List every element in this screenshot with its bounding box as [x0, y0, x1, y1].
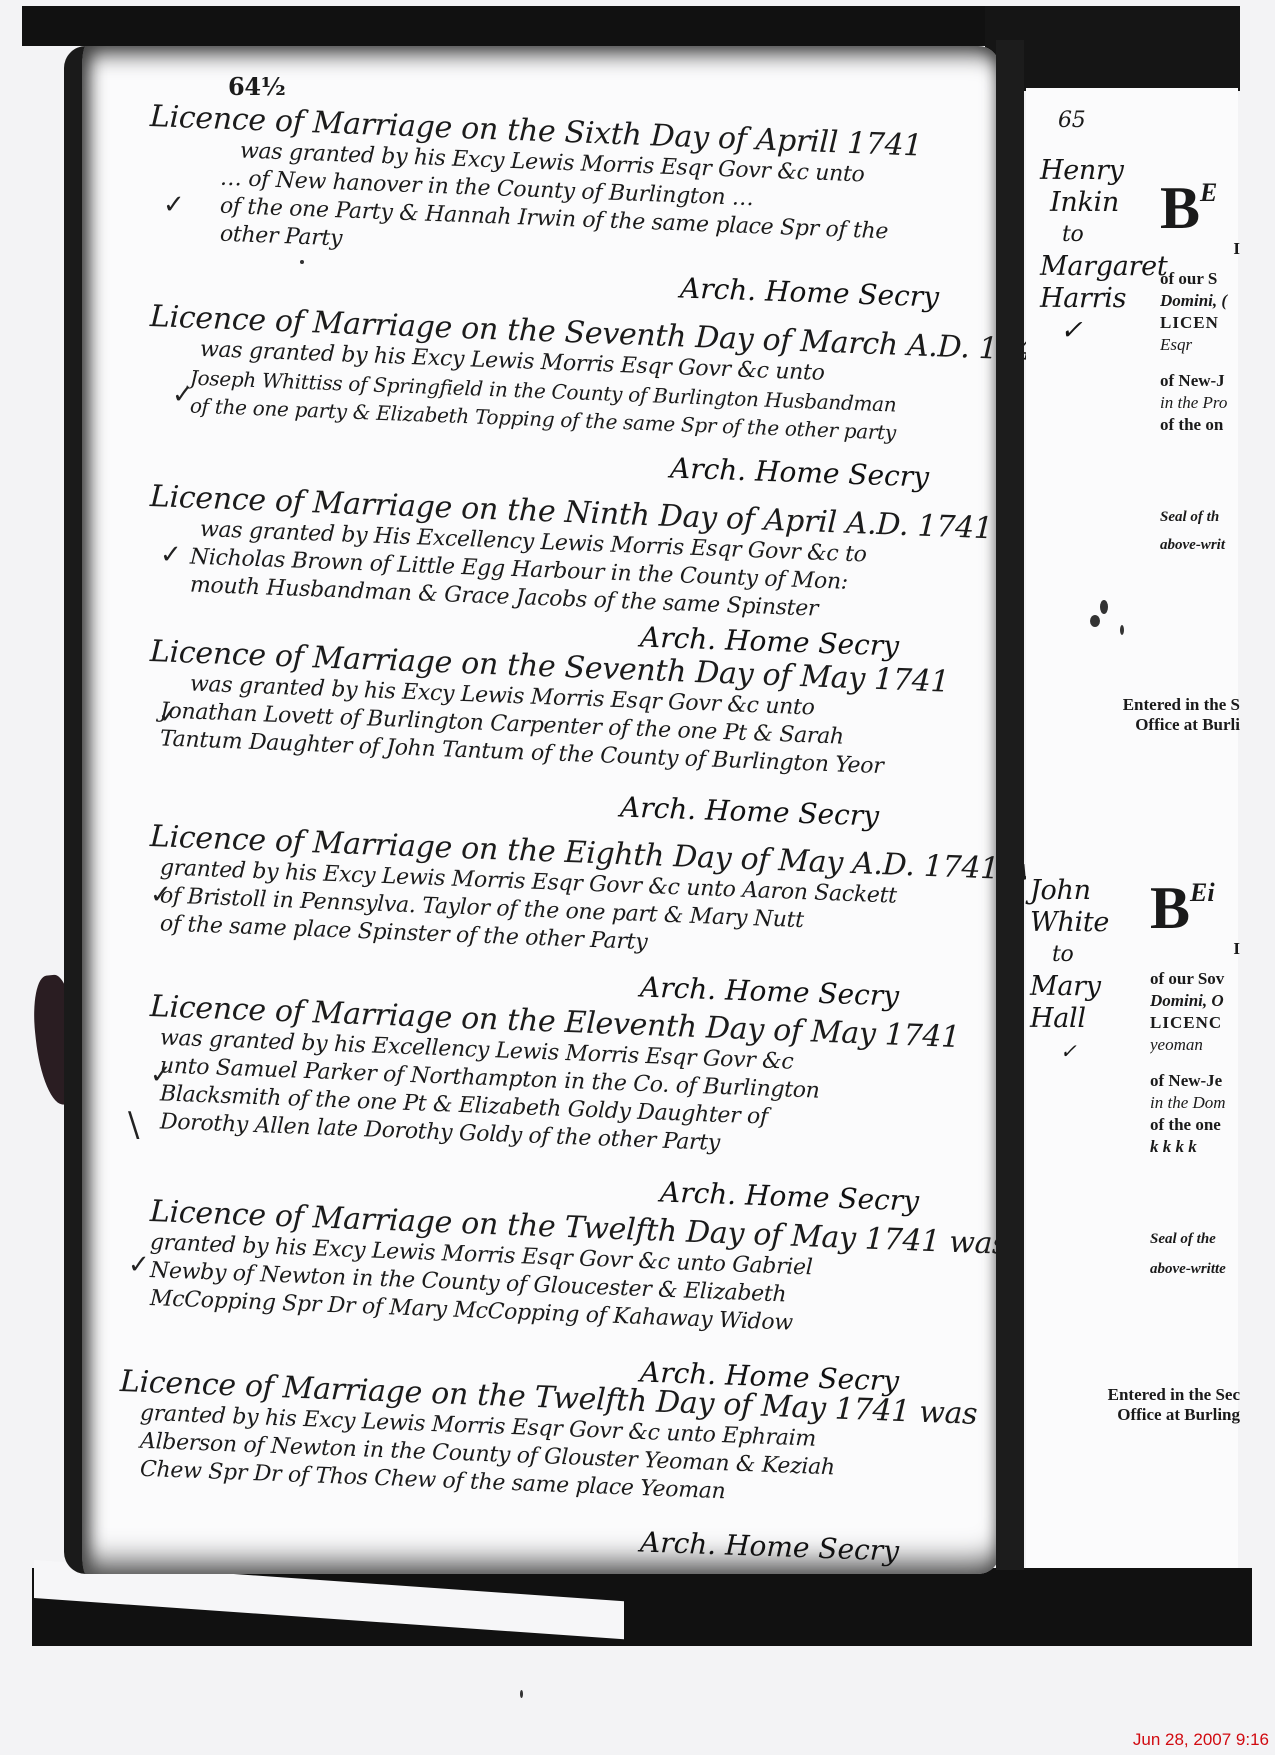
print-line: in the Pro	[1160, 392, 1240, 414]
entered-line: Entered in the S	[1085, 695, 1240, 715]
print-line: Domini, O	[1150, 990, 1240, 1012]
groom-last-name: Inkin	[1040, 187, 1167, 219]
marriage-names: John White to Mary Hall ✓	[1030, 875, 1109, 1067]
camera-timestamp: Jun 28, 2007 9:16	[1133, 1730, 1269, 1750]
bride-first-name: Mary	[1030, 971, 1109, 1003]
book-gutter	[996, 40, 1024, 1570]
drop-cap-sup: E	[1200, 178, 1217, 207]
print-line: in the Dom	[1150, 1092, 1240, 1114]
seal-line: above-writte	[1150, 1258, 1240, 1280]
print-line: LICEN	[1160, 312, 1240, 334]
print-line: of the one	[1150, 1114, 1240, 1136]
print-line: LICENC	[1150, 1012, 1240, 1034]
drop-cap: B	[1150, 878, 1190, 941]
bride-first-name: Margaret	[1040, 251, 1167, 283]
entered-line: Office at Burling	[1075, 1405, 1240, 1425]
print-line: yeoman	[1150, 1034, 1240, 1056]
groom-first-name: Henry	[1040, 155, 1167, 187]
entered-note: Entered in the Sec Office at Burling	[1075, 1385, 1240, 1425]
licence-entry: Licence of Marriage on the Sixth Day of …	[150, 100, 970, 246]
marriage-names: Henry Inkin to Margaret Harris ✓	[1040, 155, 1167, 347]
to-label: to	[1030, 939, 1109, 971]
licence-entry: Licence of Marriage on the Ninth Day of …	[150, 480, 970, 598]
drop-cap-sup: Ei	[1190, 878, 1215, 907]
print-line: Esqr	[1160, 334, 1240, 356]
entered-line: Entered in the Sec	[1075, 1385, 1240, 1405]
printed-licence-form: BE I of our S Domini, ( LICEN Esqr of Ne…	[1160, 178, 1240, 556]
groom-last-name: White	[1030, 907, 1109, 939]
drop-cap: B	[1160, 178, 1200, 241]
page-number-left: 64½	[228, 72, 286, 101]
print-line: I	[1160, 238, 1240, 260]
seal-line: Seal of the	[1150, 1228, 1240, 1250]
print-line: of New-Je	[1150, 1070, 1240, 1092]
licence-entry: Licence of Marriage on the Eleventh Day …	[150, 990, 970, 1136]
entered-note: Entered in the S Office at Burli	[1085, 695, 1240, 735]
licence-entry: Licence of Marriage on the Eighth Day of…	[150, 820, 970, 938]
print-line: of New-J	[1160, 370, 1240, 392]
licence-entry: Licence of Marriage on the Seventh Day o…	[150, 300, 970, 418]
print-line: I	[1150, 938, 1240, 960]
seal-line: above-writ	[1160, 534, 1240, 556]
licence-entry: Licence of Marriage on the Twelfth Day o…	[120, 1365, 940, 1483]
groom-first-name: John	[1030, 875, 1109, 907]
to-label: to	[1040, 219, 1167, 251]
page-number-right: 65	[1058, 108, 1085, 133]
check-mark-icon: ✓	[128, 1250, 150, 1280]
check-mark-icon: ✓	[158, 700, 180, 730]
slash-mark-icon: \	[128, 1105, 139, 1145]
check-mark-icon: ✓	[150, 880, 172, 910]
bride-last-name: Harris	[1040, 283, 1167, 315]
entered-line: Office at Burli	[1085, 715, 1240, 735]
check-mark-icon: ✓	[160, 540, 182, 570]
seal-line: Seal of th	[1160, 506, 1240, 528]
ink-speck	[520, 1690, 523, 1698]
ink-speck	[300, 260, 304, 264]
print-line: of our Sov	[1150, 968, 1240, 990]
check-mark-icon: ✓	[172, 380, 194, 410]
ink-speck	[1090, 615, 1100, 627]
ink-speck	[1100, 600, 1108, 614]
check-mark-icon: ✓	[1030, 1035, 1109, 1067]
ink-speck	[1120, 625, 1124, 635]
check-mark-icon: ✓	[150, 1060, 172, 1090]
licence-entry: Licence of Marriage on the Twelfth Day o…	[150, 1195, 970, 1313]
check-mark-icon: ✓	[1040, 315, 1167, 347]
print-line: of our S	[1160, 268, 1240, 290]
printed-licence-form: BEi I of our Sov Domini, O LICENC yeoman…	[1150, 878, 1240, 1280]
licence-entry: Licence of Marriage on the Seventh Day o…	[150, 635, 970, 753]
print-line: of the on	[1160, 414, 1240, 436]
print-line: Domini, (	[1160, 290, 1240, 312]
check-mark-icon: ✓	[163, 190, 185, 220]
bride-last-name: Hall	[1030, 1003, 1109, 1035]
print-line: k k k k	[1150, 1136, 1240, 1158]
